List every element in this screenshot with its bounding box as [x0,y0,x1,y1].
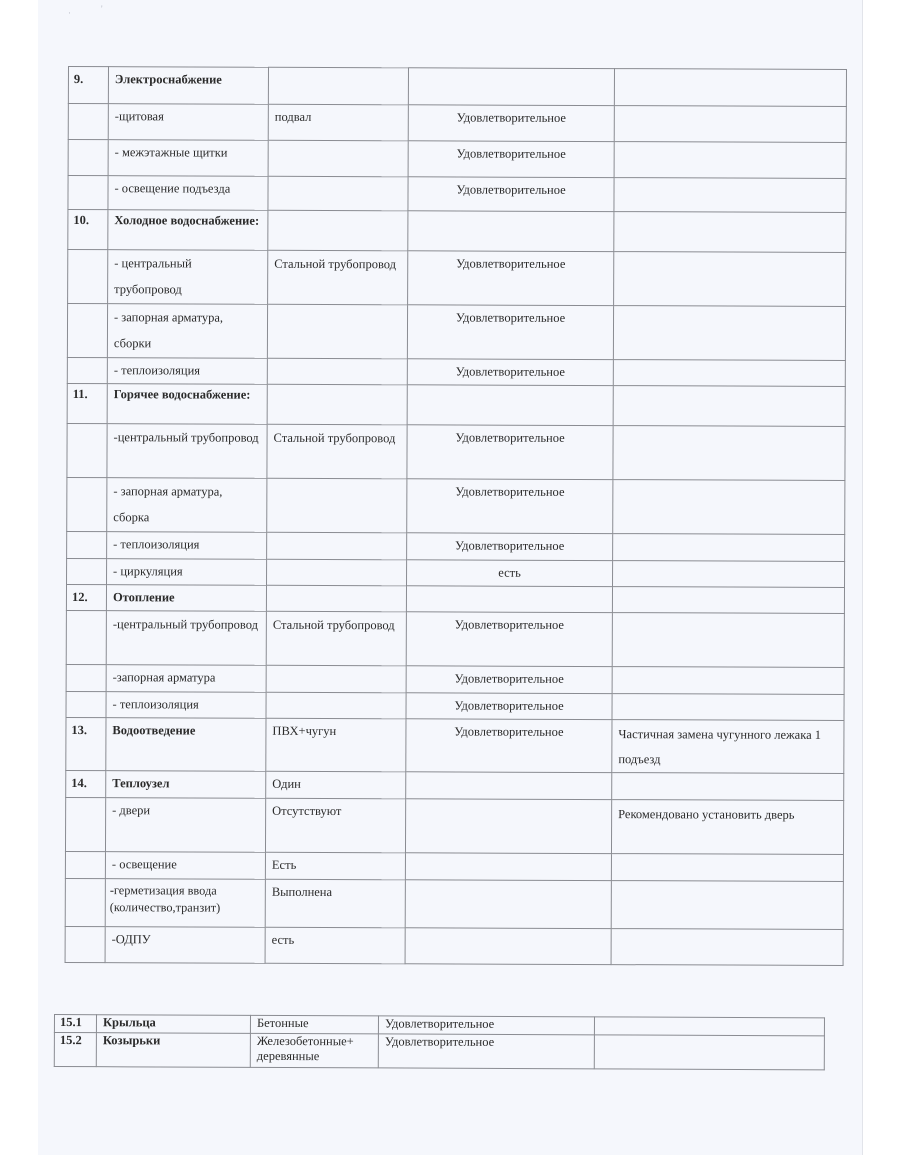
row-note [612,587,844,614]
row-name: -запорная арматура [106,665,266,693]
row-number [68,250,108,304]
row-condition: Удовлетворительное [408,141,614,178]
row-number [65,926,105,962]
row-condition: Удовлетворительное [407,533,613,561]
row-number: 12. [66,584,106,610]
row-condition: Удовлетворительное [406,719,612,773]
row-condition [406,586,612,613]
table-row: 9. Электроснабжение [68,67,846,107]
row-material: Есть [265,852,405,880]
row-condition [405,799,611,854]
row-number [67,304,107,358]
row-material [267,559,407,586]
row-material: подвал [268,104,408,141]
table-row: -герметизация ввода (количество,транзит)… [65,878,843,929]
row-name: -герметизация ввода (количество,транзит) [105,879,265,928]
row-note [611,854,843,882]
row-material [267,358,407,385]
row-name: - центральный трубопровод [108,250,268,305]
row-condition: Удовлетворительное [378,1034,594,1069]
row-material: Выполнена [265,879,405,928]
row-condition: Удовлетворительное [378,1016,594,1035]
row-number [65,797,105,851]
row-condition: есть [407,560,613,587]
table-row: - теплоизоляция Удовлетворительное [67,357,845,386]
row-name: Холодное водоснабжение: [108,210,268,251]
row-note: Рекомендовано установить дверь [611,800,843,855]
table-row: - освещение подъезда Удовлетворительное [68,176,846,213]
row-number [66,691,106,717]
row-number: 14. [66,770,106,797]
row-condition [405,928,611,965]
row-note [614,106,846,143]
row-note [613,561,845,588]
row-material [267,384,407,425]
row-name: - теплоизоляция [106,692,266,719]
row-condition: Удовлетворительное [406,693,612,720]
table-row: 11. Горячее водоснабжение: [67,383,845,426]
row-number [65,878,105,926]
row-note [613,386,845,427]
table-row: - теплоизоляция Удовлетворительное [66,691,844,720]
row-note [613,360,845,387]
table-row: - межэтажные щитки Удовлетворительное [68,140,846,179]
table-row: 10. Холодное водоснабжение: [68,210,846,253]
scan-speck: · [68,8,71,18]
row-material: Стальной трубопровод [266,611,406,666]
row-name: - освещение [105,852,265,880]
table-row: -центральный трубопровод Стальной трубоп… [66,610,844,667]
row-note [611,881,843,930]
row-note [614,69,846,107]
row-note [614,178,846,213]
row-condition: Удовлетворительное [407,479,613,534]
row-condition: Удовлетворительное [406,612,612,667]
row-note [612,667,844,695]
scan-speck: ' [101,4,103,14]
row-name: Водоотведение [106,718,266,772]
row-material [266,665,406,693]
table-row: -ОДПУ есть [65,926,843,965]
row-name: - циркуляция [107,559,267,586]
table-row: - освещение Есть [65,851,843,881]
row-condition [405,880,611,929]
table-row: - запорная арматура, сборка Удовлетворит… [67,477,845,534]
row-note [613,306,845,361]
row-number [68,104,108,140]
table-row: 14. Теплоузел Один [66,770,844,800]
table-row: - циркуляция есть [67,558,845,587]
row-material: Бетонные [250,1015,378,1034]
row-name: -щитовая [108,104,268,141]
table-row: 15.2 Козырьки Железобетонные+ деревянные… [54,1033,824,1070]
row-material [267,532,407,560]
porch-table: 15.1 Крыльца Бетонные Удовлетворительное… [54,1014,825,1070]
table-row: - центральный трубопровод Стальной трубо… [68,250,846,307]
row-number: 9. [68,67,108,104]
row-note [612,773,844,801]
row-number [65,851,105,878]
row-name: - двери [105,798,265,853]
row-note [612,694,844,721]
table-row: -запорная арматура Удовлетворительное [66,664,844,694]
table-row: -центральный трубопровод Стальной трубоп… [67,423,845,480]
row-name: Крыльца [96,1015,250,1034]
table-row: 12. Отопление [66,584,844,613]
row-material: Железобетонные+ деревянные [250,1033,378,1068]
row-material: есть [265,927,405,964]
row-number: 15.2 [54,1033,96,1067]
row-name: Козырьки [96,1033,250,1068]
row-condition: Удовлетворительное [407,305,613,360]
row-number: 10. [68,210,108,250]
row-note [614,212,846,253]
row-number [67,357,107,383]
table-row: - теплоизоляция Удовлетворительное [67,531,845,561]
row-name: Теплоузел [106,771,266,799]
row-number: 13. [66,717,106,770]
row-note [614,142,846,179]
table-row: -щитовая подвал Удовлетворительное [68,104,846,143]
row-condition: Удовлетворительное [408,105,614,142]
row-note [611,929,843,966]
row-material: Один [266,771,406,799]
row-condition: Удовлетворительное [408,177,614,212]
row-name: -центральный трубопровод [106,611,266,666]
row-condition: Удовлетворительное [407,425,613,480]
row-name: Отопление [106,585,266,612]
row-material [266,585,406,612]
row-condition: Удовлетворительное [407,359,613,386]
row-name: - теплоизоляция [107,358,267,385]
table-row: - двери Отсутствуют Рекомендовано устано… [65,797,843,854]
row-condition [405,853,611,881]
row-name: - межэтажные щитки [108,140,268,177]
row-condition: Удовлетворительное [406,666,612,694]
row-name: Горячее водоснабжение: [107,384,267,425]
row-condition [406,772,612,800]
row-material [268,140,408,177]
row-name: -центральный трубопровод [107,424,267,479]
row-number [68,140,108,176]
row-note [594,1035,824,1070]
row-name: - освещение подъезда [108,176,268,211]
row-name: -ОДПУ [105,927,265,964]
row-material [268,67,408,105]
row-number [68,176,108,210]
row-material [267,304,407,359]
row-name: Электроснабжение [108,67,268,105]
row-number [66,610,106,664]
row-material: Отсутствуют [265,798,405,853]
row-number [67,477,107,531]
row-material [268,210,408,251]
row-name: - запорная арматура, сборки [107,304,267,359]
row-note [613,534,845,562]
row-material: Стальной трубопровод [267,424,407,479]
row-name: - запорная арматура, сборка [107,478,267,533]
row-material: Стальной трубопровод [268,250,408,305]
row-material [267,478,407,533]
table-row: - запорная арматура, сборки Удовлетворит… [67,304,845,361]
row-number [67,423,107,477]
row-material [268,176,408,211]
row-note [614,252,846,307]
table-row: 13. Водоотведение ПВХ+чугун Удовлетворит… [66,717,844,773]
row-condition [408,211,614,252]
row-condition: Удовлетворительное [408,251,614,306]
inspection-table: 9. Электроснабжение -щитовая подвал Удов… [65,66,847,966]
row-note [613,480,845,535]
row-number [67,558,107,584]
row-note [613,426,845,481]
row-number: 15.1 [54,1015,96,1033]
row-name: - теплоизоляция [107,532,267,560]
row-number: 11. [67,383,107,423]
row-condition [407,385,613,426]
row-material: ПВХ+чугун [266,718,406,772]
row-note [594,1017,824,1036]
row-note [612,613,844,668]
row-number [67,531,107,558]
row-note: Частичная замена чугунного лежака 1 подъ… [612,720,844,774]
row-material [266,692,406,719]
row-number [66,664,106,691]
row-condition [408,68,614,106]
